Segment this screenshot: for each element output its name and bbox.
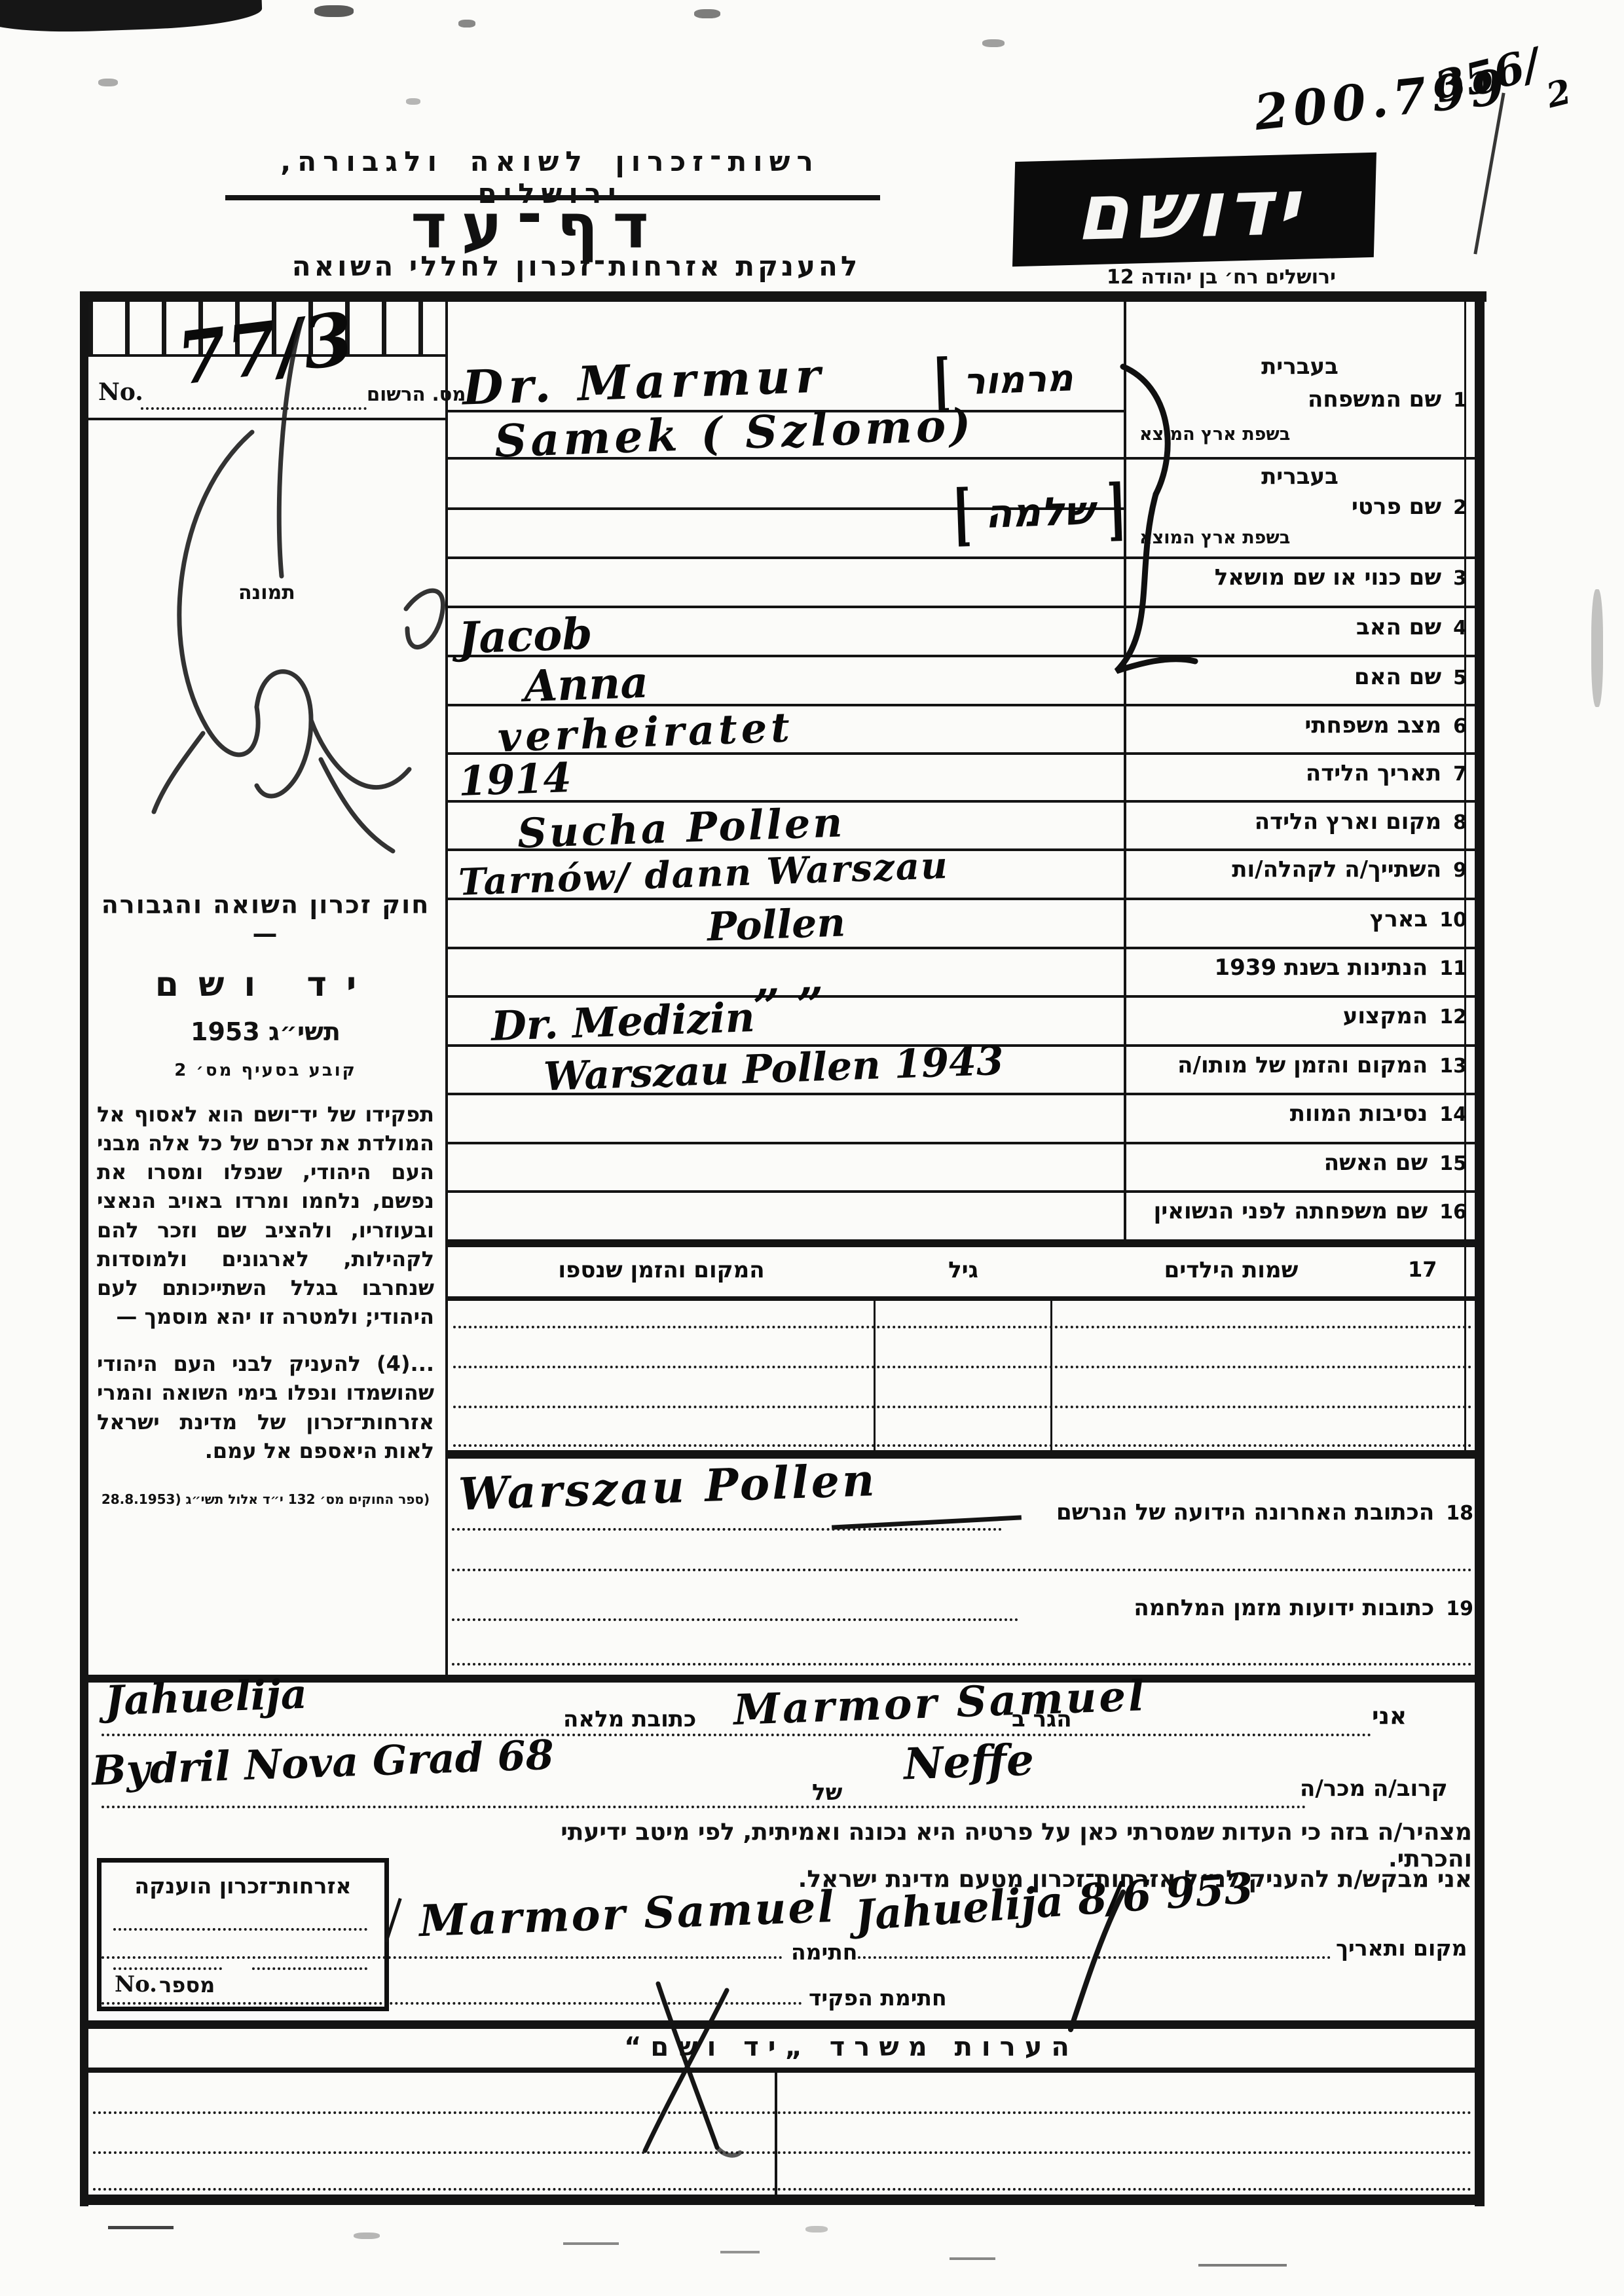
field-number: 18 [1446,1502,1473,1525]
frame-top [85,291,1486,302]
notes-title: הערות משרד „יד ושם“ [557,2032,1146,2062]
logo-text: ידושם [1003,152,1386,266]
pen-flourish [1061,1886,1139,2036]
field-19-label: 19כתובות ידועות מזמן המלחמה [1022,1596,1473,1620]
scan-noise [108,2226,174,2229]
field-6-label: 6מצב משפחתי [1133,714,1467,738]
children-header-bottom [445,1296,1477,1301]
children-divider [1050,1301,1052,1450]
law-clause4: ...(4) להעניק לבני העם היהודי שהושמדו ונ… [97,1349,434,1465]
bracket: [ [951,476,973,555]
dotted-line [452,1569,1472,1571]
notes-row-line [93,2111,1472,2114]
notes-row-line [93,2188,1472,2191]
field-9-label: 9השתייך/ה לקהלה/ות [1133,858,1467,882]
entry-mother-name: Anna [523,657,650,712]
scan-noise [1198,2264,1287,2267]
field-number: 3 [1453,567,1467,590]
scan-noise [406,98,420,105]
field-number: 12 [1439,1006,1467,1029]
scan-noise [314,5,354,17]
rule-line [448,995,1475,998]
scan-noise [694,9,720,18]
field-number: 11 [1439,957,1467,980]
rule-line [448,556,1475,559]
scan-noise [98,79,118,86]
entry-profession: Dr. Medizin [490,993,756,1050]
scan-noise [563,2242,619,2245]
field-number: 9 [1453,859,1467,882]
scan-noise [0,0,263,35]
scan-noise [720,2251,760,2253]
granted-no-label: No. [115,1971,157,1997]
field-number: 6 [1453,715,1467,738]
entry-first-name-hebrew: [ שלמה ] [952,486,1127,538]
entry-birth-date: 1914 [458,754,572,805]
granted-citizenship-box: אזרחות־זכרון הוענקה No. מספר [97,1858,389,2011]
dotted-line [113,1928,367,1931]
entry-family-name-hebrew: [ מרמור [932,356,1074,404]
scan-noise [950,2257,995,2260]
field-15-label: 15שם האשה [1133,1151,1467,1175]
children-divider [874,1301,876,1450]
resides-label: הגר ב [1012,1707,1072,1732]
field-8-label: 8מקום וארץ הלידה [1133,810,1467,834]
field-number: 14 [1439,1103,1467,1126]
field-number: 10 [1439,909,1467,932]
signature-handwritten: Marmor Samuel [418,1881,837,1946]
field-11-label: 11הנתינות בשנת 1939 [1133,956,1467,980]
field-13-label: 13המקום והזמן של מותו/ה [1133,1053,1467,1078]
notes-row-line [93,2151,1472,2154]
frame-right [1475,291,1485,2206]
field-number: 1 [1453,389,1467,412]
field-10-label: 10בארץ [1133,907,1467,932]
scanned-testimony-page: 200.799 356/2 רשות־זכרון לשואה ולגבורה, … [0,0,1624,2296]
dotted-line [113,1967,222,1970]
rule-line [448,1190,1475,1193]
signature-label: חתימה [791,1941,857,1964]
dotted-line [452,1663,1472,1666]
field-16-label: 16שם משפחתה לפני הנשואין [1133,1199,1467,1224]
notes-bottom [85,2195,1477,2205]
field-number: 4 [1453,617,1467,640]
field-number: 5 [1453,666,1467,689]
pencil-scribble [85,301,491,864]
children-row-line [453,1326,1472,1328]
field-number: 8 [1453,811,1467,834]
children-number: 17 [1408,1258,1437,1281]
dotted-line [452,1528,1002,1531]
yad-vashem-logo: ידושם [1012,153,1376,267]
declarant-address2-handwritten: Bydril Nova Grad 68 [91,1731,555,1795]
law-sidebar: חוק זכרון השואה והגבורה — יד ושם תשי״ג 1… [97,890,434,1507]
relative-label: קרוב/ה מכר/ה [1300,1777,1448,1801]
field-number: 16 [1439,1201,1467,1224]
children-table-bottom [445,1450,1477,1459]
children-row-line [453,1366,1472,1368]
notes-top [85,2020,1477,2029]
field-7-label: 7תאריך הלידה [1133,761,1467,786]
notes-middle-divider [775,2073,777,2196]
scan-noise [1591,589,1603,707]
entry-death-place-time: Warszau Pollen 1943 [543,1038,1005,1100]
entry-father-name: Jacob [458,608,593,663]
field-number: 13 [1439,1055,1467,1078]
full-address-label: כתובת מלאה [563,1707,696,1732]
entry-last-address: Warszau Pollen [458,1454,878,1521]
page-subtitle: להענקת אזרחות־זכרון לחללי השואה [275,250,877,282]
granted-number-label: מספר [159,1973,215,1997]
rule-line [448,606,1475,608]
field-number: 7 [1453,763,1467,786]
law-body: תפקידו של יד־ושם הוא לאסוף אל המולדת את … [97,1100,434,1331]
children-names-header: שמות הילדים [1074,1258,1388,1283]
law-footnote: (ספר החוקים מס׳ 132 י״ד אלול תשי״ג (28.8… [97,1491,434,1507]
notes-header-bottom [85,2068,1475,2073]
scan-noise [982,39,1005,47]
pen-bracket-flourish [1107,357,1238,697]
dotted-line [101,1734,1372,1736]
children-table-top [445,1239,1477,1247]
field-number: 19 [1446,1597,1473,1620]
clerk-x-mark [609,1971,779,2160]
granted-box-title: אזרחות־זכרון הוענקה [101,1873,384,1899]
dotted-line [252,1967,367,1970]
children-place-header: המקום והזמן שנספו [458,1258,864,1283]
declaration-statement: מצהיר/ה בזה כי העדות שמסרתי כאן על פרטיה… [524,1819,1472,1872]
children-row-line [453,1406,1472,1408]
dotted-line [452,1618,1018,1621]
scan-noise [354,2232,380,2239]
law-year: תשי״ג 1953 [97,1017,434,1046]
relation-handwritten: Neffe [903,1734,1035,1790]
field-18-label: 18הכתובת האחרונה הידועה של הנרשם [1008,1501,1473,1525]
field-number: 2 [1453,496,1467,519]
law-title: חוק זכרון השואה והגבורה — [97,890,434,948]
rule-line [448,655,1475,657]
rule-line [448,800,1475,803]
law-clause: קובע בסעיף מס׳ 2 [97,1061,434,1080]
entry-country: Pollen [707,900,846,950]
rule-line [448,1142,1475,1144]
entry-citizenship-ditto: „ „ [752,949,825,1008]
scan-noise [805,2226,828,2232]
declarant-i-label: אני [1372,1704,1407,1730]
children-age-header: גיל [877,1258,1049,1283]
dotted-line [101,1806,1306,1808]
rule-line [448,947,1475,949]
declarant-address-handwritten: Jahuelija [104,1670,308,1725]
clerk-signature-label: חתימת הפקיד [809,1986,947,2010]
field-12-label: 12המקצוע [1133,1004,1467,1029]
law-name: יד ושם [97,965,434,1004]
children-row-line [453,1444,1472,1447]
of-label: של [812,1781,842,1805]
field-14-label: 14נסיבות המוות [1133,1102,1467,1126]
scan-noise [458,20,475,27]
place-date-label: מקום ותאריך [1336,1937,1467,1960]
logo-address: ירושלים רח׳ בן יהודה 12 [1061,266,1382,289]
field-number: 15 [1439,1152,1467,1175]
